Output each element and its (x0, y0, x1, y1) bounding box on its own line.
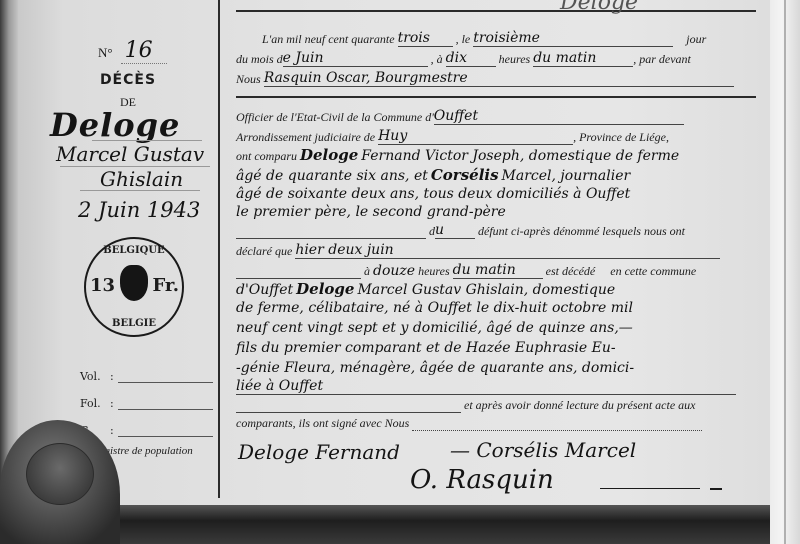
printed-text: comparants, ils ont signé avec Nous (236, 416, 409, 430)
printed-text: et après avoir donné lecture du présent … (464, 398, 696, 412)
handwritten-text: âgé de soixante deux ans, tous deux domi… (236, 186, 630, 202)
handwritten-text: âgé de quarante six ans, et (236, 168, 428, 184)
form-line-15: neuf cent vingt sept et y domicilié, âgé… (236, 320, 633, 336)
register-blank (118, 436, 213, 437)
handwritten-month: e Juin (283, 50, 428, 67)
signature-officer: O. Rasquin (410, 465, 554, 495)
handwritten-commune: Ouffet (434, 108, 684, 125)
surname-underline (92, 140, 202, 141)
blank-line (236, 238, 426, 239)
handwritten-officer-name: Rasquin Oscar, Bourgmestre (264, 70, 734, 87)
handwritten-time: du matin (453, 262, 543, 279)
handwritten-text: hier deux juin (295, 242, 720, 259)
signature-dash (710, 488, 722, 490)
section-rule (236, 96, 756, 98)
form-line-17: -génie Fleura, ménagère, âgée de quarant… (236, 360, 634, 376)
fiscal-stamp: BELGIQUE 13 Fr. BELGIE (84, 237, 184, 337)
handwritten-text: de ferme, célibataire, né à Ouffet le di… (236, 300, 633, 316)
register-blank (118, 409, 213, 410)
handwritten-text: d'Ouffet (236, 282, 293, 298)
handwritten-time: du matin (533, 50, 633, 67)
printed-text: heures (418, 264, 450, 278)
printed-text: Officier de l'Etat-Civil de la Commune d… (236, 110, 434, 124)
form-line-9: le premier père, le second grand-père (236, 204, 506, 220)
register-field-fol: Fol.: (80, 397, 213, 410)
register-blank (118, 382, 213, 383)
register-label: Vol. (80, 370, 110, 383)
form-line-8: âgé de soixante deux ans, tous deux domi… (236, 186, 630, 202)
printed-text: Arrondissement judiciaire de (236, 130, 375, 144)
form-line-1: L'an mil neuf cent quarante trois , le t… (262, 30, 706, 47)
signature-declarant: Deloge Fernand (238, 440, 400, 464)
register-field-vol: Vol.: (80, 370, 213, 383)
form-line-14: de ferme, célibataire, né à Ouffet le di… (236, 300, 633, 316)
deceased-surname: Deloge (50, 106, 180, 144)
form-line-18: liée à Ouffet (236, 378, 736, 395)
printed-text: , par devant (633, 52, 691, 66)
handwritten-text: liée à Ouffet (236, 378, 736, 395)
form-line-16: fils du premier comparant et de Hazée Eu… (236, 340, 616, 356)
handwritten-text: Fernand Victor Joseph, domestique de fer… (361, 148, 679, 164)
top-scribble: Deloge (560, 0, 638, 15)
handwritten-deceased-surname: Deloge (296, 280, 354, 298)
register-sep: : (110, 397, 114, 410)
printed-text: ont comparu (236, 149, 297, 163)
form-line-3: Nous Rasquin Oscar, Bourgmestre (236, 70, 734, 87)
printed-text: , Province de Liége, (573, 130, 669, 144)
stamp-value: 13 (90, 275, 115, 296)
given2-underline (80, 190, 200, 191)
thumbnail (26, 443, 94, 505)
form-line-2: du mois de Juin , à dix heures du matin,… (236, 50, 691, 67)
blank-line (412, 430, 702, 431)
stamp-currency: Fr. (152, 275, 179, 296)
signature-flourish (600, 488, 700, 489)
signature-witness: — Corsélis Marcel (450, 438, 636, 462)
printed-text: déclaré que (236, 244, 292, 258)
register-sep: : (110, 424, 114, 437)
handwritten-hour: dix (446, 50, 496, 67)
handwritten-text: Marcel, journalier (502, 168, 631, 184)
printed-text: heures (499, 52, 531, 66)
register-label: Fol. (80, 397, 110, 410)
handwritten-text: le premier père, le second grand-père (236, 204, 506, 220)
handwritten-day: troisième (473, 30, 673, 47)
form-line-10: du défunt ci-après dénommé lesquels nous… (236, 222, 685, 239)
certificate-number: N°16 (98, 38, 167, 63)
death-date: 2 Juin 1943 (78, 198, 200, 222)
deces-title: DÉCÈS (40, 72, 216, 88)
form-line-4: Officier de l'Etat-Civil de la Commune d… (236, 108, 684, 125)
handwritten-hour: douze (373, 263, 415, 279)
number-label: N° (98, 45, 113, 60)
handwritten-declarant-surname: Deloge (300, 146, 358, 164)
handwritten-year: trois (398, 30, 453, 47)
coat-of-arms-icon (120, 265, 148, 301)
form-line-19: et après avoir donné lecture du présent … (236, 398, 696, 413)
form-line-5: Arrondissement judiciaire de Huy, Provin… (236, 128, 669, 145)
form-line-13: d'Ouffet Deloge Marcel Gustav Ghislain, … (236, 280, 615, 298)
printed-text: , à (431, 52, 443, 66)
deceased-given-names-2: Ghislain (100, 167, 183, 191)
page-fold (784, 0, 786, 544)
form-line-11: déclaré que hier deux juin (236, 242, 720, 259)
form-line-6: ont comparu Deloge Fernand Victor Joseph… (236, 146, 679, 164)
handwritten-witness-surname: Corsélis (431, 166, 499, 184)
printed-text: , le (456, 32, 471, 46)
blank-line (236, 412, 461, 413)
printed-text: Nous (236, 72, 261, 86)
handwritten-text: fils du premier comparant et de Hazée Eu… (236, 340, 616, 356)
printed-text: est décédé (546, 264, 596, 278)
handwritten-text: neuf cent vingt sept et y domicilié, âgé… (236, 320, 633, 336)
stamp-bottom-text: BELGIE (86, 318, 182, 329)
handwritten-text: Marcel Gustav Ghislain, domestique (357, 282, 615, 298)
blank-line (236, 278, 361, 279)
register-field-c: C.: (80, 424, 213, 437)
printed-text: en cette commune (610, 264, 696, 278)
page-right-edge (770, 0, 800, 544)
page-bottom-shadow (18, 505, 770, 544)
number-value: 16 (121, 38, 167, 64)
printed-text: du mois d (236, 52, 283, 66)
form-line-12: à douze heures du matin est décédé en ce… (236, 262, 696, 279)
deceased-given-names-1: Marcel Gustav (56, 142, 204, 166)
printed-text: L'an mil neuf cent quarante (262, 32, 395, 46)
printed-text: jour (686, 32, 706, 46)
column-divider (218, 0, 220, 498)
stamp-top-text: BELGIQUE (86, 245, 182, 256)
handwritten-text: -génie Fleura, ménagère, âgée de quarant… (236, 360, 634, 376)
printed-text: à (364, 264, 370, 278)
handwritten-text: u (435, 222, 475, 239)
form-line-7: âgé de quarante six ans, et Corsélis Mar… (236, 166, 630, 184)
form-line-20: comparants, ils ont signé avec Nous (236, 416, 702, 431)
register-sep: : (110, 370, 114, 383)
printed-text: défunt ci-après dénommé lesquels nous on… (478, 224, 685, 238)
handwritten-arrondissement: Huy (378, 128, 573, 145)
top-rule (236, 10, 756, 12)
